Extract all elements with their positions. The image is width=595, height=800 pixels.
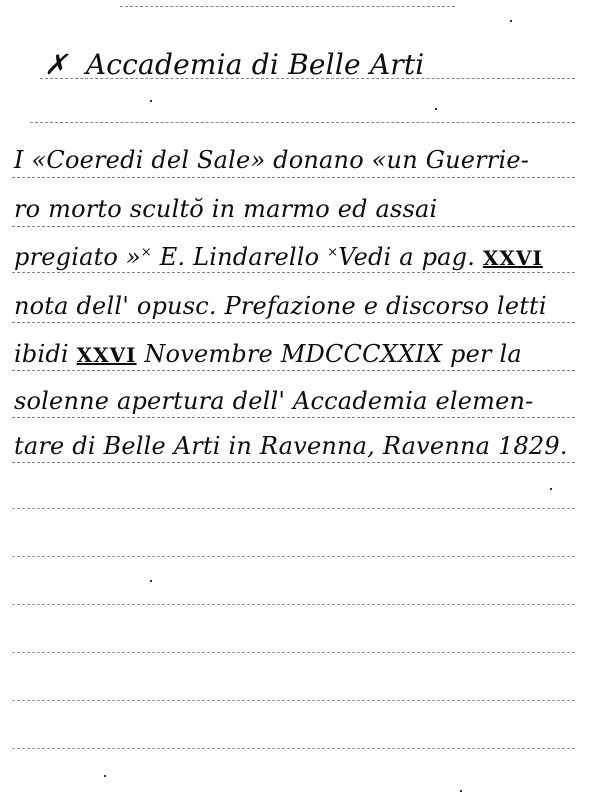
text-line-7: tare di Belle Arti in Ravenna, Ravenna 1…: [14, 432, 568, 460]
text-fragment: Vedi a pag.: [338, 243, 483, 271]
ink-speck: [550, 488, 552, 490]
ruled-line: [12, 700, 575, 701]
heading: ✗ Accademia di Belle Arti: [44, 48, 424, 81]
roman-numeral: XXVI: [483, 246, 543, 270]
ruled-line: [12, 604, 575, 605]
text-fragment: ibidi: [14, 340, 77, 368]
manuscript-page: ✗ Accademia di Belle Arti I «Coeredi del…: [0, 0, 595, 800]
text-line-2: ro morto scultŏ in marmo ed assai: [14, 195, 437, 223]
roman-numeral: XXVI: [77, 343, 137, 367]
text-fragment: Novembre MDCCCXXIX per la: [137, 340, 522, 368]
text-line-1: I «Coeredi del Sale» donano «un Guerrie-: [14, 146, 529, 174]
ruled-line: [12, 272, 575, 273]
text-line-5: ibidi XXVI Novembre MDCCCXXIX per la: [14, 340, 522, 368]
ink-speck: [510, 20, 512, 22]
ruled-line: [12, 652, 575, 653]
ruled-line: [12, 226, 575, 227]
text-line-4: nota dell' opusc. Prefazione e discorso …: [14, 292, 547, 320]
cross-reference-mark: ×: [327, 245, 338, 260]
text-fragment: E. Lindarello: [152, 243, 327, 271]
ink-speck: [104, 775, 106, 777]
heading-marker: ✗: [44, 48, 68, 81]
ink-speck: [460, 790, 462, 792]
ruled-line: [12, 748, 575, 749]
ink-speck: [150, 580, 152, 582]
ruled-line: [12, 322, 575, 323]
text-line-6: solenne apertura dell' Accademia elemen-: [14, 387, 533, 415]
ruled-line: [12, 177, 575, 178]
heading-text: Accademia di Belle Arti: [86, 48, 425, 81]
ruled-line: [12, 556, 575, 557]
ruled-line: [30, 122, 575, 123]
ink-speck: [150, 100, 152, 102]
text-line-3: pregiato »× E. Lindarello ×Vedi a pag. X…: [14, 243, 543, 271]
ruled-line: [12, 508, 575, 509]
ruled-line: [120, 6, 455, 7]
text-fragment: pregiato »: [14, 243, 141, 271]
cross-reference-mark: ×: [141, 245, 152, 260]
ruled-line: [12, 417, 575, 418]
ink-speck: [435, 108, 437, 110]
ruled-line: [12, 370, 575, 371]
ruled-line: [12, 462, 575, 463]
